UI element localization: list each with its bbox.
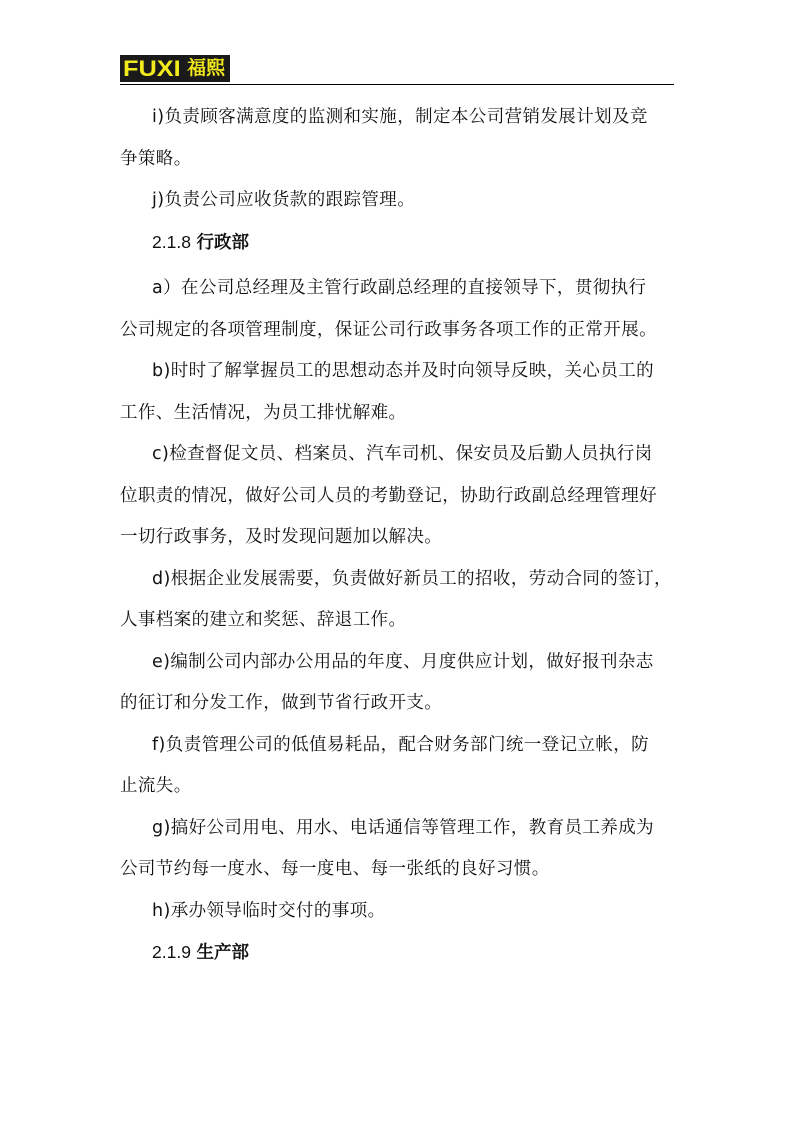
section-heading-2-1-8: 2.1.8 行政部: [120, 222, 676, 265]
logo-cjk-text: 福熙: [187, 55, 225, 82]
header-divider: [120, 84, 674, 85]
list-item-b: b)时时了解掌握员工的思想动态并及时向领导反映，关心员工的 工作、生活情况，为员…: [120, 351, 676, 434]
paragraph-j: j)负责公司应收货款的跟踪管理。: [120, 180, 676, 222]
list-item-f: f)负责管理公司的低值易耗品，配合财务部门统一登记立帐，防 止流失。: [120, 725, 676, 808]
list-item-d: d)根据企业发展需要，负责做好新员工的招收，劳动合同的签订， 人事档案的建立和奖…: [120, 559, 676, 642]
page-header: FUXI 福熙: [120, 55, 674, 85]
list-item-a: a）在公司总经理及主管行政副总经理的直接领导下，贯彻执行 公司规定的各项管理制度…: [120, 268, 676, 351]
list-item-e: e)编制公司内部办公用品的年度、月度供应计划，做好报刊杂志 的征订和分发工作，做…: [120, 642, 676, 725]
list-item-g: g)搞好公司用电、用水、电话通信等管理工作，教育员工养成为 公司节约每一度水、每…: [120, 808, 676, 891]
list-item-h: h)承办领导临时交付的事项。: [120, 891, 676, 933]
logo-latin-text: FUXI: [123, 55, 181, 82]
fuxi-logo: FUXI 福熙: [120, 55, 230, 82]
paragraph-i: i)负责顾客满意度的监测和实施，制定本公司营销发展计划及竞 争策略。: [120, 97, 676, 180]
section-heading-2-1-9: 2.1.9 生产部: [120, 932, 676, 975]
document-body: i)负责顾客满意度的监测和实施，制定本公司营销发展计划及竞 争策略。 j)负责公…: [120, 97, 676, 975]
list-item-c: c)检查督促文员、档案员、汽车司机、保安员及后勤人员执行岗 位职责的情况，做好公…: [120, 434, 676, 559]
